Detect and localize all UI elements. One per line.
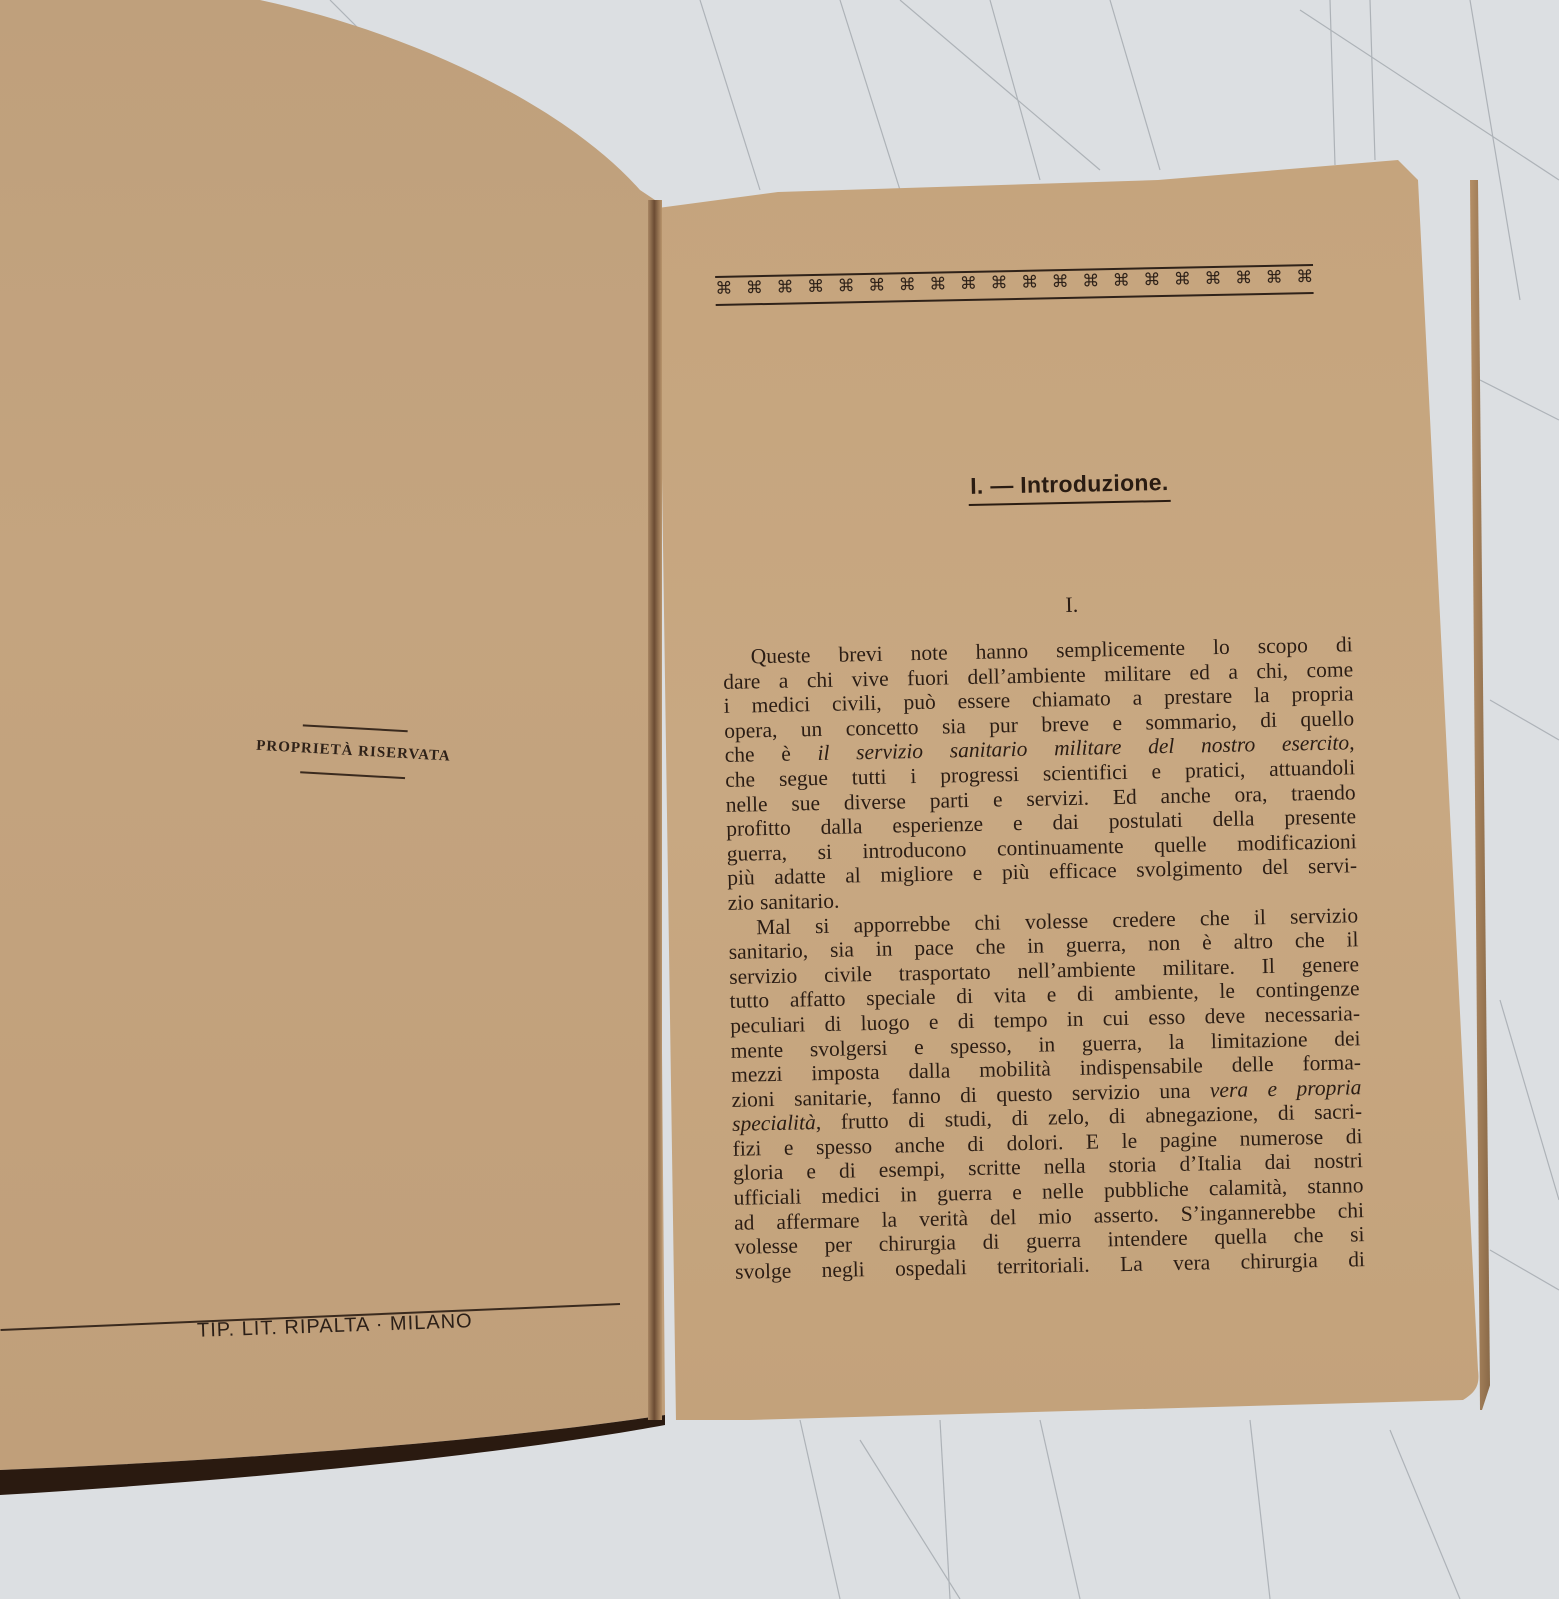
ornament-star-icon: ⌘	[899, 277, 916, 294]
word: progressi	[940, 762, 1019, 788]
word: esso	[1148, 1005, 1186, 1030]
word: pratici,	[1185, 757, 1246, 783]
word: scopo	[1257, 633, 1308, 659]
word: la	[1168, 1029, 1184, 1054]
word: Mal	[756, 914, 791, 939]
word: apporrebbe	[853, 911, 950, 938]
word: pur	[989, 713, 1018, 738]
word: di	[839, 1159, 856, 1184]
word: militare	[1054, 735, 1122, 761]
word: e	[1013, 811, 1023, 836]
word: nostri	[1314, 1149, 1363, 1175]
word: necessaria-	[1264, 1001, 1360, 1028]
word: può	[903, 690, 936, 715]
word: opera,	[724, 718, 778, 744]
word: breve	[1041, 711, 1089, 737]
word: non	[1148, 931, 1181, 956]
word: altro	[1233, 929, 1273, 954]
word: forma-	[1302, 1050, 1361, 1076]
word: Ed	[1113, 784, 1137, 809]
word: e	[1046, 983, 1056, 1008]
ornament-star-icon: ⌘	[960, 276, 977, 293]
ornament-star-icon: ⌘	[1021, 275, 1038, 292]
word: scritte	[968, 1156, 1021, 1182]
word: sanitario,	[728, 938, 808, 964]
word: medici	[821, 1183, 880, 1209]
word: esperienze	[892, 812, 983, 838]
word: chiamato	[1032, 686, 1111, 712]
word: studi,	[944, 1107, 992, 1133]
word: di	[960, 1083, 977, 1108]
word: affermare	[776, 1208, 860, 1234]
word: a	[1228, 659, 1238, 684]
word: di	[967, 1132, 984, 1157]
word: profitto	[726, 816, 791, 842]
word: il	[1346, 927, 1358, 952]
word: più	[1002, 860, 1030, 885]
word: si	[815, 913, 830, 938]
word: dei	[1334, 1026, 1361, 1051]
word: un	[801, 717, 823, 742]
word: verità	[919, 1206, 968, 1232]
word: la	[881, 1207, 897, 1232]
word: indispensabile	[1080, 1053, 1203, 1080]
word: affatto	[790, 987, 846, 1013]
word: calamità,	[1209, 1175, 1288, 1201]
word: sia	[942, 714, 966, 739]
word: stanno	[1307, 1173, 1364, 1199]
word: vera	[1173, 1250, 1210, 1275]
word: pace	[914, 935, 954, 960]
word: intendere	[1107, 1226, 1187, 1252]
word: fanno	[891, 1083, 940, 1109]
word: anche	[1160, 783, 1211, 809]
word: è	[781, 742, 791, 767]
word: a	[1132, 686, 1142, 711]
word: del	[1148, 734, 1175, 759]
word: e	[784, 1135, 794, 1160]
word: segue	[779, 766, 828, 792]
word: della	[1212, 806, 1254, 831]
word: chi	[1337, 1198, 1364, 1223]
word: propria	[1291, 681, 1354, 707]
word: mio	[1038, 1204, 1072, 1229]
word: asserto.	[1093, 1202, 1159, 1228]
word: nella	[1043, 1154, 1085, 1179]
word: trasportato	[898, 959, 990, 985]
chapter-heading-wrap: I. — Introduzione.	[719, 465, 1350, 511]
word: di	[1011, 1106, 1028, 1131]
word: guerra	[1026, 1228, 1081, 1254]
word: credere	[1112, 906, 1176, 932]
word: cui	[1103, 1006, 1130, 1031]
word: militare.	[1162, 954, 1235, 980]
ornament-star-icon: ⌘	[1143, 272, 1160, 289]
word: svolgimento	[1136, 856, 1243, 883]
word: chirurgia	[1240, 1248, 1318, 1274]
word: gloria	[733, 1160, 784, 1186]
word: quello	[1300, 706, 1354, 732]
word: introducono	[862, 837, 966, 864]
word: sommario,	[1145, 708, 1237, 734]
word: ospedali	[895, 1255, 967, 1281]
ornament-star-icon: ⌘	[929, 276, 946, 293]
word: guerra,	[726, 840, 787, 866]
copyright-notice: PROPRIETÀ RISERVATA	[223, 736, 484, 767]
word: di	[956, 984, 973, 1009]
word: si	[1350, 1222, 1365, 1247]
ornament-star-icon: ⌘	[1204, 271, 1221, 288]
word: nelle	[1042, 1179, 1084, 1204]
word: peculiari	[730, 1012, 806, 1038]
word: volesse	[1025, 908, 1089, 934]
word: dolori.	[1006, 1130, 1063, 1156]
word: scientifici	[1043, 760, 1128, 786]
word: chi	[974, 910, 1001, 935]
word: deve	[1204, 1003, 1245, 1028]
ornament-star-icon: ⌘	[990, 275, 1007, 292]
word: speciale	[866, 985, 936, 1011]
word: chi	[807, 667, 834, 692]
word: svolge	[735, 1259, 792, 1285]
word: Il	[1261, 954, 1275, 979]
word: di	[982, 1230, 999, 1255]
ornament-star-icon: ⌘	[807, 279, 824, 296]
word: dare	[723, 669, 760, 694]
ornament-star-icon: ⌘	[1052, 274, 1069, 291]
word: nelle	[725, 792, 767, 817]
word: medici	[751, 692, 810, 718]
word: zelo,	[1048, 1105, 1090, 1130]
ornament-star-icon: ⌘	[746, 280, 763, 297]
ornament-star-icon: ⌘	[838, 278, 855, 295]
word: mezzi	[731, 1062, 783, 1088]
word: genere	[1301, 952, 1359, 978]
word: parti	[929, 788, 969, 813]
word: pubbliche	[1104, 1177, 1189, 1203]
word: di	[1109, 1104, 1126, 1129]
ornament-star-icon: ⌘	[1235, 270, 1252, 287]
word: vive	[851, 666, 889, 691]
word: chi,	[1256, 658, 1288, 683]
word: attuandoli	[1269, 755, 1355, 781]
word: in	[1067, 1007, 1084, 1032]
word: guerra,	[1082, 1030, 1143, 1056]
word: come	[1306, 657, 1353, 683]
word: militare	[1104, 661, 1171, 687]
word: dai	[1264, 1150, 1291, 1175]
word: storia	[1108, 1153, 1156, 1179]
word: servizio	[729, 963, 798, 989]
word: adatte	[774, 864, 826, 890]
book-spine	[648, 200, 662, 1420]
ornament-star-icon: ⌘	[868, 278, 885, 295]
word: guerra,	[1066, 932, 1127, 958]
ornament-star-icon: ⌘	[1174, 271, 1191, 288]
word: efficace	[1049, 858, 1117, 884]
ornament-star-icon: ⌘	[776, 279, 793, 296]
word: in	[875, 937, 892, 962]
word: essere	[957, 688, 1010, 714]
word: in	[1027, 934, 1044, 959]
word: e	[973, 861, 983, 886]
word: del	[990, 1205, 1017, 1230]
word: E	[1086, 1129, 1100, 1154]
word: fuori	[907, 665, 949, 690]
ornament-star-icon: ⌘	[1296, 269, 1313, 286]
word: ambiente,	[1114, 980, 1199, 1006]
word: che	[1295, 928, 1325, 953]
section-number: I.	[722, 586, 1352, 625]
word: sanitario	[950, 737, 1028, 763]
ornament-star-icon: ⌘	[1266, 270, 1283, 287]
word: Queste	[751, 643, 811, 669]
word: che	[1200, 905, 1230, 930]
word: spesso,	[950, 1033, 1012, 1059]
word: di	[908, 1108, 925, 1133]
word: esercito,	[1282, 731, 1355, 757]
word: numerose	[1239, 1125, 1323, 1151]
word: che	[975, 934, 1005, 959]
word: questo	[996, 1081, 1053, 1107]
word: mente	[730, 1037, 783, 1063]
word: vita	[994, 983, 1027, 1008]
word: note	[910, 640, 948, 665]
word: imposta	[811, 1060, 880, 1086]
word: che	[1293, 1223, 1323, 1248]
word: sia	[830, 937, 854, 962]
word: il	[1254, 905, 1266, 930]
word: i	[910, 764, 916, 789]
word: sanitario.	[760, 889, 840, 915]
word: pagine	[1159, 1127, 1217, 1153]
word: territoriali.	[997, 1253, 1090, 1279]
word: traendo	[1291, 780, 1356, 806]
word: e	[1267, 1077, 1277, 1102]
word: e	[914, 1034, 924, 1059]
word: esempi,	[879, 1157, 946, 1183]
word: è	[1202, 930, 1212, 955]
word: frutto	[841, 1109, 889, 1135]
word: S’ingannerebbe	[1181, 1199, 1316, 1226]
word: presente	[1284, 804, 1356, 830]
word: anche	[894, 1132, 945, 1158]
word: dai	[1052, 810, 1079, 835]
word: ad	[734, 1210, 755, 1235]
word: più	[727, 866, 755, 891]
word: modificazioni	[1237, 829, 1357, 856]
word: tutti	[852, 765, 887, 790]
word: tutto	[729, 988, 769, 1013]
word: quelle	[1154, 832, 1207, 858]
ornament-star-icon: ⌘	[715, 281, 732, 298]
word: civili,	[832, 691, 882, 717]
word: e	[806, 1160, 816, 1185]
word: luogo	[860, 1010, 909, 1036]
word: chirurgia	[878, 1231, 956, 1257]
word: nostro	[1201, 733, 1256, 759]
word: il	[817, 741, 829, 766]
word: che	[725, 767, 755, 792]
word: le	[1121, 1129, 1137, 1154]
word: migliore	[880, 862, 953, 888]
word: sacri-	[1314, 1099, 1362, 1125]
word: e	[1012, 1180, 1022, 1205]
word: sanitarie,	[794, 1085, 873, 1111]
word: e	[929, 1010, 939, 1035]
word: d’Italia	[1179, 1151, 1242, 1177]
body-text: Questebrevinotehannosemplicementeloscopo…	[723, 632, 1366, 1284]
word: ufficiali	[733, 1185, 801, 1211]
word: servizio	[1072, 1079, 1141, 1105]
word: brevi	[838, 642, 883, 667]
word: prestare	[1164, 684, 1233, 710]
word: negli	[821, 1257, 864, 1282]
word: nell’ambiente	[1017, 956, 1136, 983]
word: continuamente	[997, 834, 1124, 861]
word: sue	[791, 791, 820, 816]
word: ora,	[1234, 782, 1267, 807]
right-page-content: ⌘⌘⌘⌘⌘⌘⌘⌘⌘⌘⌘⌘⌘⌘⌘⌘⌘⌘⌘⌘ I. — Introduzione. …	[715, 257, 1365, 1284]
word: servizio	[1290, 903, 1359, 929]
word: mobilità	[979, 1057, 1051, 1083]
word: propria	[1296, 1075, 1361, 1101]
word: di	[957, 1009, 974, 1034]
word: di	[1260, 708, 1277, 733]
word: le	[1219, 979, 1235, 1004]
word: dell’ambiente	[967, 662, 1086, 689]
word: quella	[1214, 1224, 1267, 1250]
word: volesse	[734, 1234, 798, 1260]
word: dalla	[908, 1059, 950, 1084]
word: e	[1112, 711, 1122, 736]
word: servi-	[1308, 854, 1357, 880]
word: hanno	[975, 639, 1028, 665]
word: una	[1159, 1078, 1191, 1103]
word: tempo	[994, 1007, 1048, 1033]
word: delle	[1231, 1052, 1273, 1077]
word: al	[845, 864, 861, 889]
word: postulati	[1108, 808, 1183, 834]
word: a	[779, 668, 789, 693]
word: di	[1336, 632, 1353, 657]
ornament-star-icon: ⌘	[1113, 273, 1130, 290]
word: e	[1151, 759, 1161, 784]
word: zioni	[731, 1087, 774, 1112]
chapter-heading: I. — Introduzione.	[968, 469, 1171, 506]
word: spesso	[816, 1134, 873, 1160]
word: servizio	[856, 739, 923, 765]
word: in	[1038, 1032, 1055, 1057]
word: zio	[727, 890, 754, 915]
word: di	[1278, 1101, 1295, 1126]
word: di	[1077, 982, 1094, 1007]
word: servizi.	[1026, 785, 1089, 811]
word: limitazione	[1211, 1027, 1308, 1054]
word: per	[824, 1233, 852, 1258]
word: si	[817, 840, 832, 865]
page-edge	[1470, 180, 1490, 1410]
word: in	[900, 1182, 917, 1207]
word: del	[1262, 855, 1289, 880]
word: contingenze	[1255, 977, 1359, 1004]
word: di	[1345, 1124, 1362, 1149]
word: semplicemente	[1056, 636, 1185, 663]
word: di	[824, 1012, 841, 1037]
word: abnegazione,	[1145, 1102, 1258, 1129]
word: concetto	[845, 715, 918, 741]
word: guerra	[937, 1181, 992, 1207]
word: La	[1120, 1251, 1143, 1276]
word: che	[725, 743, 755, 768]
word: diverse	[844, 789, 907, 815]
word: fizi	[732, 1136, 761, 1161]
word: di	[1348, 1247, 1365, 1272]
word: vera	[1210, 1077, 1249, 1102]
word: i	[724, 694, 730, 719]
word: civile	[824, 962, 872, 988]
word: svolgersi	[810, 1035, 888, 1061]
word: ed	[1189, 660, 1210, 685]
word: la	[1254, 683, 1270, 708]
word: lo	[1213, 635, 1230, 660]
word: e	[993, 787, 1003, 812]
word: specialità,	[732, 1110, 821, 1136]
word: dalla	[820, 814, 862, 839]
ornament-star-icon: ⌘	[1082, 273, 1099, 290]
